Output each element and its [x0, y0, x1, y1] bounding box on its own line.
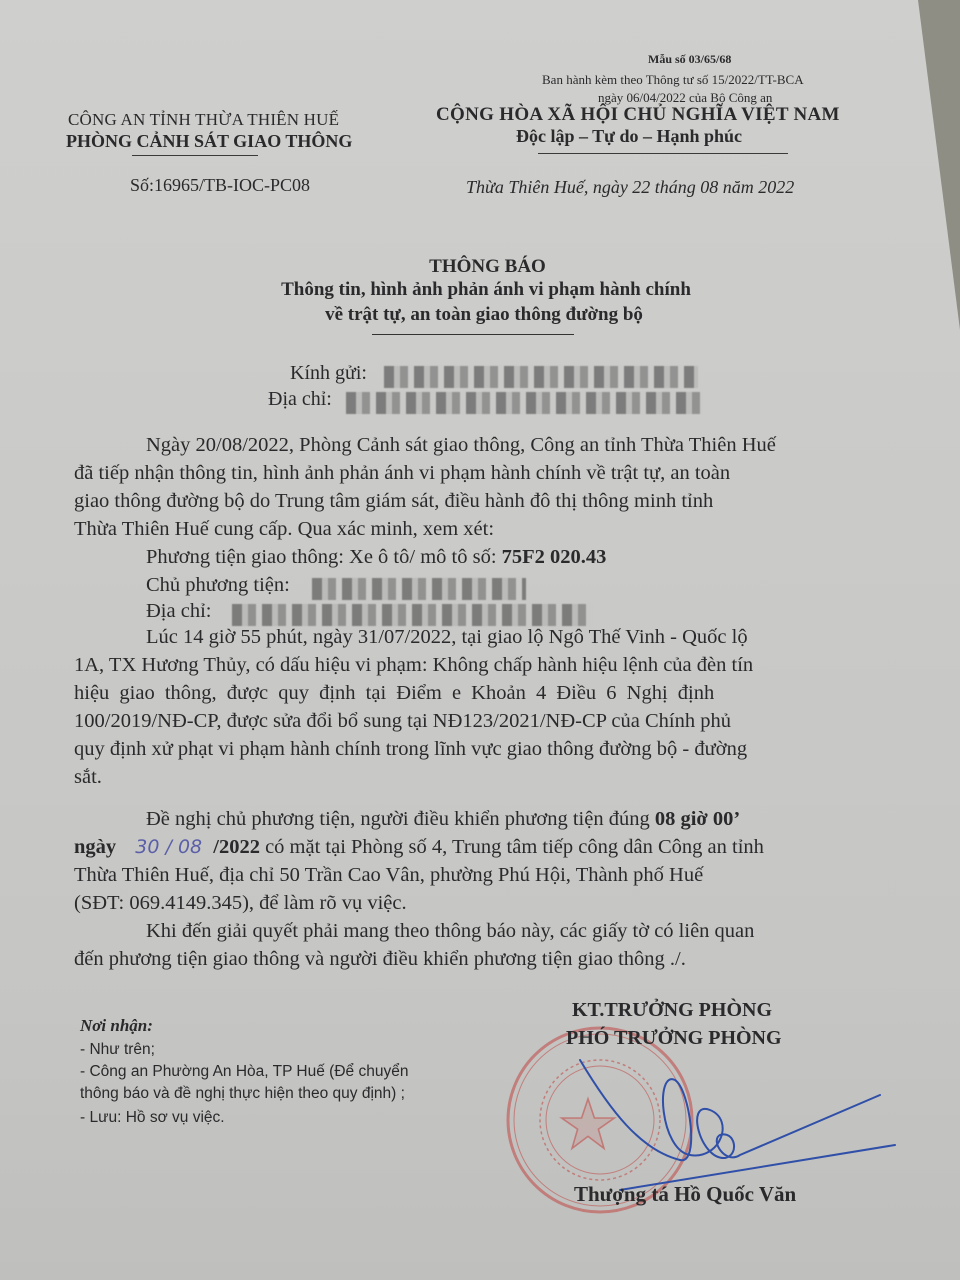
document-subtitle-2: về trật tự, an toàn giao thông đường bộ [0, 304, 960, 326]
body-p3-line4: (SĐT: 069.4149.345), để làm rõ vụ việc. [74, 892, 407, 915]
p3-text: Đề nghị chủ phương tiện, người điều khiể… [146, 808, 655, 830]
addressee-redacted [384, 366, 698, 388]
vehicle-plate: 75F2 020.43 [502, 546, 607, 568]
body-p2-line: sắt. [74, 766, 102, 789]
owner-label: Chủ phương tiện: [146, 574, 290, 597]
org-parent: CÔNG AN TỈNH THỪA THIÊN HUẾ [68, 110, 339, 130]
body-p1-line: Ngày 20/08/2022, Phòng Cảnh sát giao thô… [146, 434, 776, 457]
vehicle-line: Phương tiện giao thông: Xe ô tô/ mô tô s… [146, 546, 606, 569]
body-p3-line2: ngày 30 / 08 /2022 có mặt tại Phòng số 4… [74, 836, 764, 859]
national-motto: Độc lập – Tự do – Hạnh phúc [516, 126, 742, 147]
vehicle-label: Phương tiện giao thông: Xe ô tô/ mô tô s… [146, 546, 502, 568]
document-number: Số:16965/TB-IOC-PC08 [130, 175, 310, 196]
subtitle-underline [372, 334, 574, 335]
form-issued-note: Ban hành kèm theo Thông tư số 15/2022/TT… [542, 72, 804, 88]
body-p2-line: Lúc 14 giờ 55 phút, ngày 31/07/2022, tại… [146, 626, 748, 649]
owner-address-label: Địa chỉ: [146, 600, 211, 623]
body-p3-line3: Thừa Thiên Huế, địa chỉ 50 Trần Cao Vân,… [74, 864, 703, 887]
handwritten-signature-icon [560, 1040, 900, 1200]
body-p1-line: Thừa Thiên Huế cung cấp. Qua xác minh, x… [74, 518, 494, 541]
day-label: ngày [74, 836, 116, 858]
body-p1-line: đã tiếp nhận thông tin, hình ảnh phản án… [74, 462, 730, 485]
motto-underline [538, 153, 788, 154]
body-p2-line: quy định xử phạt vi phạm hành chính tron… [74, 738, 747, 761]
recipient-item: thông báo và đề nghị thực hiện theo quy … [80, 1085, 405, 1103]
org-unit: PHÒNG CẢNH SÁT GIAO THÔNG [66, 131, 352, 152]
handwritten-date: 30 / 08 [135, 836, 202, 858]
document-title: THÔNG BÁO [0, 256, 960, 278]
address-redacted [346, 392, 702, 414]
recipient-item: - Công an Phường An Hòa, TP Huế (Để chuy… [80, 1063, 408, 1081]
appointment-year: /2022 [213, 836, 260, 858]
body-p1-line: giao thông đường bộ do Trung tâm giám sá… [74, 490, 713, 513]
signer-name: Thượng tá Hồ Quốc Văn [574, 1182, 796, 1207]
address-label: Địa chỉ: [268, 388, 332, 411]
body-p4-line: Khi đến giải quyết phải mang theo thông … [146, 920, 754, 943]
body-p2-line: hiệu giao thông, được quy định tại Điểm … [74, 682, 714, 705]
recipient-item: - Như trên; [80, 1041, 155, 1059]
body-p4-line: đến phương tiện giao thông và người điều… [74, 948, 686, 971]
addressee-label: Kính gửi: [290, 362, 367, 385]
appointment-time: 08 giờ 00’ [655, 808, 740, 830]
owner-redacted [312, 578, 526, 600]
body-p2-line: 1A, TX Hương Thủy, có dấu hiệu vi phạm: … [74, 654, 753, 677]
form-number: Mẫu số 03/65/68 [648, 52, 731, 67]
owner-address-redacted [232, 604, 592, 626]
org-underline [132, 155, 258, 156]
document-subtitle-1: Thông tin, hình ảnh phản ánh vi phạm hàn… [0, 279, 960, 301]
recipient-item: - Lưu: Hồ sơ vụ việc. [80, 1109, 225, 1127]
nation-title: CỘNG HÒA XÃ HỘI CHỦ NGHĨA VIỆT NAM [436, 104, 840, 126]
p3-rest: có mặt tại Phòng số 4, Trung tâm tiếp cô… [260, 836, 764, 858]
body-p2-line: 100/2019/NĐ-CP, được sửa đổi bổ sung tại… [74, 710, 731, 733]
signature-title-1: KT.TRƯỞNG PHÒNG [572, 999, 772, 1022]
place-date: Thừa Thiên Huế, ngày 22 tháng 08 năm 202… [466, 177, 794, 198]
body-p3-line1: Đề nghị chủ phương tiện, người điều khiể… [146, 808, 740, 831]
recipients-title: Nơi nhận: [80, 1016, 153, 1036]
